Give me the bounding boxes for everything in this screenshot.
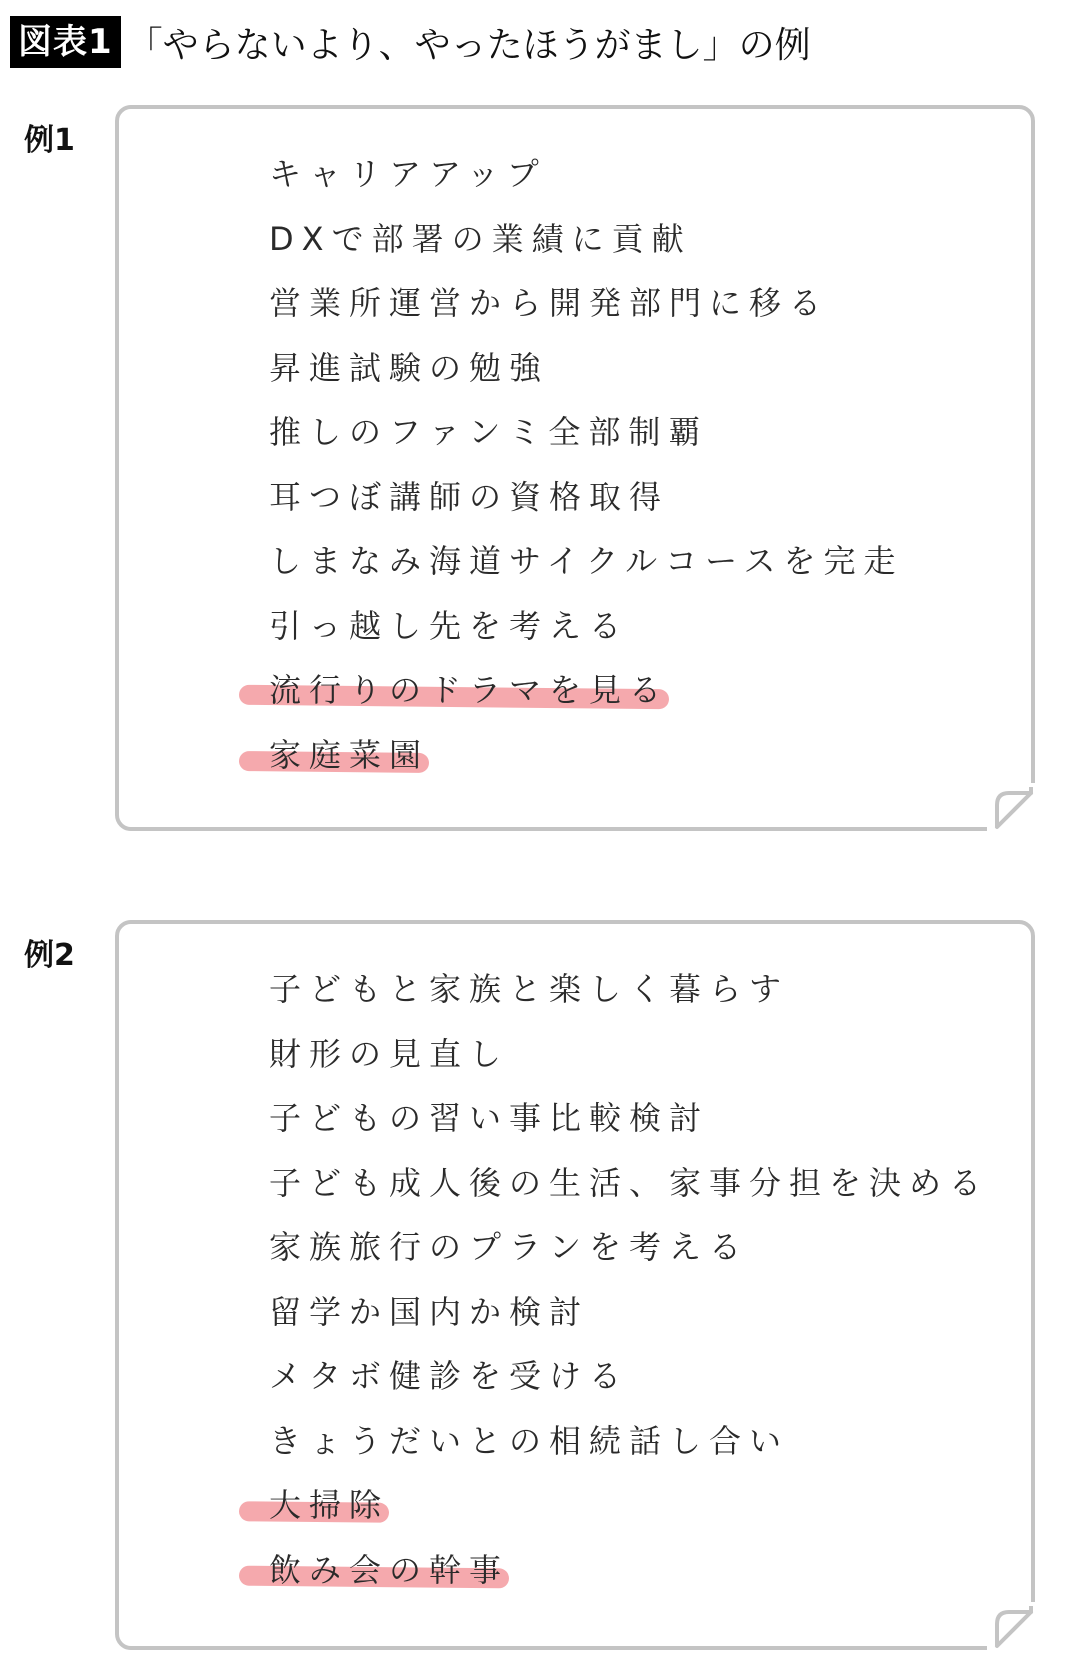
list-item-text: 子ども成人後の生活、家事分担を決める [269,1164,989,1202]
list-item-text: 子どもの習い事比較検討 [269,1099,709,1137]
list-item-text: 留学か国内か検討 [269,1293,589,1331]
list-item: 財形の見直し [269,1029,509,1079]
list-item-text: 昇進試験の勉強 [269,349,549,387]
list-item: 留学か国内か検討 [269,1287,589,1337]
figure-title: 「やらないより、やったほうがまし」の例 [127,17,811,68]
list-item-text: 財形の見直し [269,1035,509,1073]
list-item: 飲み会の幹事 [269,1545,509,1595]
list-item-text: 飲み会の幹事 [269,1551,509,1589]
list-item-text: しまなみ海道サイクルコースを完走 [269,542,904,580]
list-item-text: きょうだいとの相続話し合い [269,1422,789,1460]
list-item: 流行りのドラマを見る [269,665,669,715]
list-item-text: 営業所運営から開発部門に移る [269,284,829,322]
list-item: 大掃除 [269,1480,389,1530]
list-item-text: 推しのファンミ全部制覇 [269,413,708,451]
list-item-text: 家族旅行のプランを考える [269,1228,749,1266]
list-item: 家庭菜園 [269,730,429,780]
list-item: 引っ越し先を考える [269,601,629,651]
list-item: 子ども成人後の生活、家事分担を決める [269,1158,989,1208]
list-item-text: メタボ健診を受ける [269,1357,629,1395]
list-item: きょうだいとの相続話し合い [269,1416,789,1466]
figure-header: 図表1 「やらないより、やったほうがまし」の例 [10,16,811,68]
list-item: キャリアアップ [269,149,547,199]
note-card-example-2: 子どもと家族と楽しく暮らす財形の見直し子どもの習い事比較検討子ども成人後の生活、… [115,920,1035,1650]
page-curl-icon [987,783,1035,831]
list-item-text: DXで部署の業績に貢献 [269,220,692,258]
example-2-label: 例2 [24,930,75,974]
list-item-text: 引っ越し先を考える [269,607,629,645]
list-item-text: 子どもと家族と楽しく暮らす [269,970,789,1008]
list-item: 推しのファンミ全部制覇 [269,407,708,457]
list-item: 子どもと家族と楽しく暮らす [269,964,789,1014]
page-curl-icon [987,1602,1035,1650]
list-item-text: キャリアアップ [269,155,547,193]
list-item: 耳つぼ講師の資格取得 [269,472,669,522]
list-item-text: 流行りのドラマを見る [269,671,669,709]
list-item: 家族旅行のプランを考える [269,1222,749,1272]
list-item: 子どもの習い事比較検討 [269,1093,709,1143]
list-item: メタボ健診を受ける [269,1351,629,1401]
list-item: しまなみ海道サイクルコースを完走 [269,536,904,586]
list-item-text: 家庭菜園 [269,736,429,774]
list-item: 営業所運営から開発部門に移る [269,278,829,328]
example-1-label: 例1 [24,115,75,159]
list-item-text: 大掃除 [269,1486,389,1524]
list-item: 昇進試験の勉強 [269,343,549,393]
figure-tag: 図表1 [10,16,121,68]
note-card-example-1: キャリアアップDXで部署の業績に貢献営業所運営から開発部門に移る昇進試験の勉強推… [115,105,1035,831]
list-item-text: 耳つぼ講師の資格取得 [269,478,669,516]
list-item: DXで部署の業績に貢献 [269,214,692,264]
